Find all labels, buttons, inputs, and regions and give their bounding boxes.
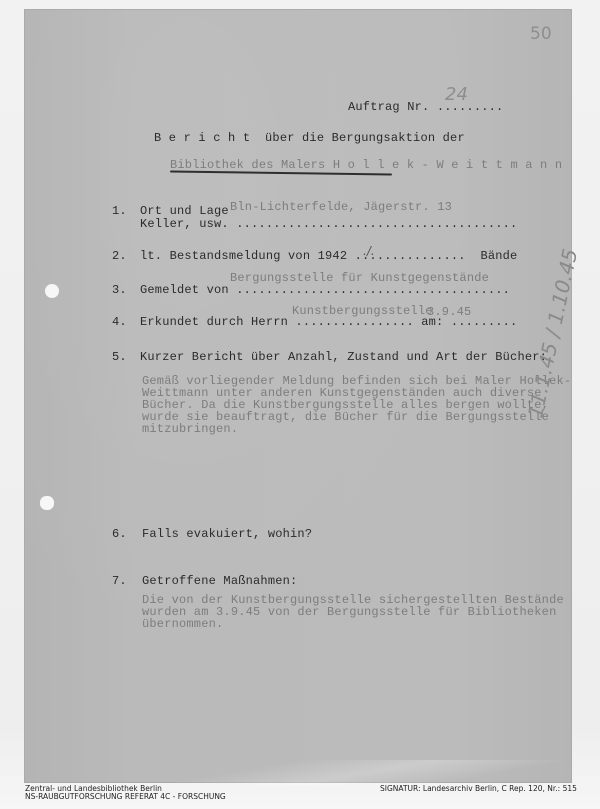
item-2-answer: ./. [363,244,375,258]
item-5-label: Kurzer Bericht über Anzahl, Zustand und … [140,351,547,363]
footer-department: NS-RAUBGUTFORSCHUNG REFERAT 4C - FORSCHU… [25,792,226,801]
item-3-number: 3. [112,284,127,296]
item-2-number: 2. [112,250,127,262]
paper-fold [25,760,571,785]
document-page: 50 Auftrag Nr. ......... 24 B e r i c h … [25,10,571,782]
punch-hole-top [45,284,59,298]
item-4-label: Erkundet durch Herrn ................ am… [140,316,517,328]
item-1-label: Ort und Lage [140,205,229,217]
item-5-answer-line: mitzubringen. [142,423,238,435]
item-7-answer-line: übernommen. [142,618,223,630]
item-1-label-line2: Keller, usw. ...........................… [140,218,517,230]
order-label: Auftrag Nr. ......... [348,101,503,113]
item-2-label: lt. Bestandsmeldung von 1942 ...........… [140,250,517,262]
report-title: B e r i c h t über die Bergungsaktion de… [154,132,465,144]
order-number-handwritten: 24 [445,84,468,105]
item-1-answer: Bln-Lichterfelde, Jägerstr. 13 [230,201,452,213]
item-5-number: 5. [112,351,127,363]
item-3-label: Gemeldet von ...........................… [140,284,510,296]
item-7-label: Getroffene Maßnahmen: [142,575,297,587]
punch-hole-bottom [40,496,54,510]
item-1-number: 1. [112,205,127,217]
page-number: 50 [530,24,552,44]
item-7-number: 7. [112,575,127,587]
item-6-label: Falls evakuiert, wohin? [142,528,312,540]
footer-signature: SIGNATUR: Landesarchiv Berlin, C Rep. 12… [380,784,577,793]
item-4-number: 4. [112,316,127,328]
item-6-number: 6. [112,528,127,540]
report-subject: Bibliothek des Malers H o l l e k - W e … [170,159,562,171]
